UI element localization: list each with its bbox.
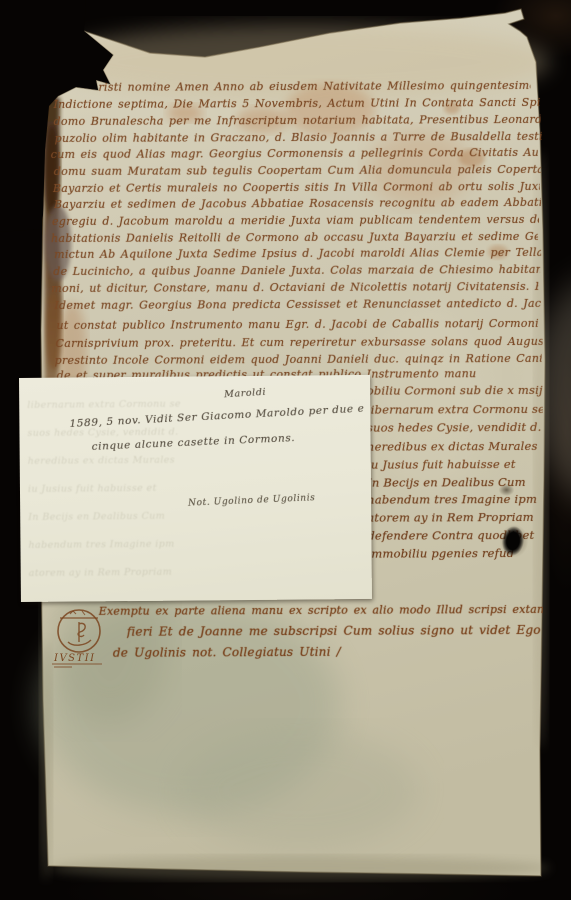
manuscript-line: mictun Ab Aquilone Juxta Sedime Ipsius d… xyxy=(54,246,541,261)
notary-caption: IVSTII xyxy=(53,653,96,664)
manuscript-line: prestinto Incole Cormoni eidem quod Joan… xyxy=(55,352,542,367)
manuscript-line: Bayarzio et Certis muraleis no Coopertis… xyxy=(53,180,540,195)
closing-line: Exemptu ex parte aliena manu ex scripto … xyxy=(99,603,543,618)
manuscript-line: habitationis Danielis Reitolli de Cormon… xyxy=(51,230,538,245)
manuscript-line: Indictione septima, Die Martis 5 Novembr… xyxy=(53,96,540,111)
ink-smudge xyxy=(496,482,517,498)
archivist-note: libernarum extra Cormonu se suos hedes C… xyxy=(19,375,372,602)
manuscript-line: ut constat publico Instrumento manu Egr.… xyxy=(56,317,543,332)
manuscript-line: moni, ut dicitur, Constare, manu d. Octa… xyxy=(51,280,538,295)
manuscript-line: de Lucinicho, a quibus Joanne Daniele Ju… xyxy=(53,263,540,278)
manuscript-photo: { "colors": { "background": "#060403", "… xyxy=(0,0,571,900)
manuscript-line: risti nomine Amen Anno ab eiusdem Nativi… xyxy=(98,79,530,94)
manuscript-line-fragment: heredibus ex dictas Murales xyxy=(367,440,543,454)
manuscript-line-fragment: iu Jusius fuit habuisse et xyxy=(367,458,543,472)
manuscript-line-fragment: suos hedes Cysie, vendidit d. xyxy=(367,421,543,435)
manuscript-line: Bayarziu et sedimen de Jacobus Abbatiae … xyxy=(54,196,541,211)
manuscript-line: domo Brunalescha per me Infrascriptum no… xyxy=(54,113,541,128)
closing-line: de Ugolinis not. Collegiatus Utini / xyxy=(113,644,433,659)
manuscript-line: egregiu d. Jacobum maroldu a meridie Jux… xyxy=(52,213,539,228)
manuscript-line-fragment: libernarum extra Cormonu se xyxy=(367,403,543,417)
manuscript-line-fragment: obiliu Cormoni sub die x msij xyxy=(367,384,543,398)
note-bleedthrough: habendum tres Imagine ipm xyxy=(28,537,363,551)
manuscript-line: domu suam Muratam sub tegulis Coopertam … xyxy=(54,163,541,178)
manuscript-line: cum eis quod Alias magr. Georgius Cormon… xyxy=(51,146,538,161)
note-bleedthrough: In Becijs en Dealibus Cum xyxy=(28,509,363,523)
note-bleedthrough: heredibus ex dictas Murales xyxy=(28,453,363,467)
manuscript-line: Carnisprivium prox. preteritu. Et cum re… xyxy=(56,335,543,350)
notary-sign: IVSTII xyxy=(52,602,108,672)
manuscript-line-fragment: habendum tres Imagine ipm xyxy=(367,493,543,507)
manuscript-line: puzolio olim habitante in Graczano, d. B… xyxy=(55,130,542,145)
note-signature: Not. Ugolino de Ugolinis xyxy=(188,493,316,509)
note-bleedthrough: atorem ay in Rem Propriam xyxy=(29,565,364,579)
closing-line: fieri Et de Joanne me subscripsi Cum sol… xyxy=(127,623,543,639)
manuscript-line: Idemet magr. Georgius Bona predicta Cess… xyxy=(54,297,541,312)
